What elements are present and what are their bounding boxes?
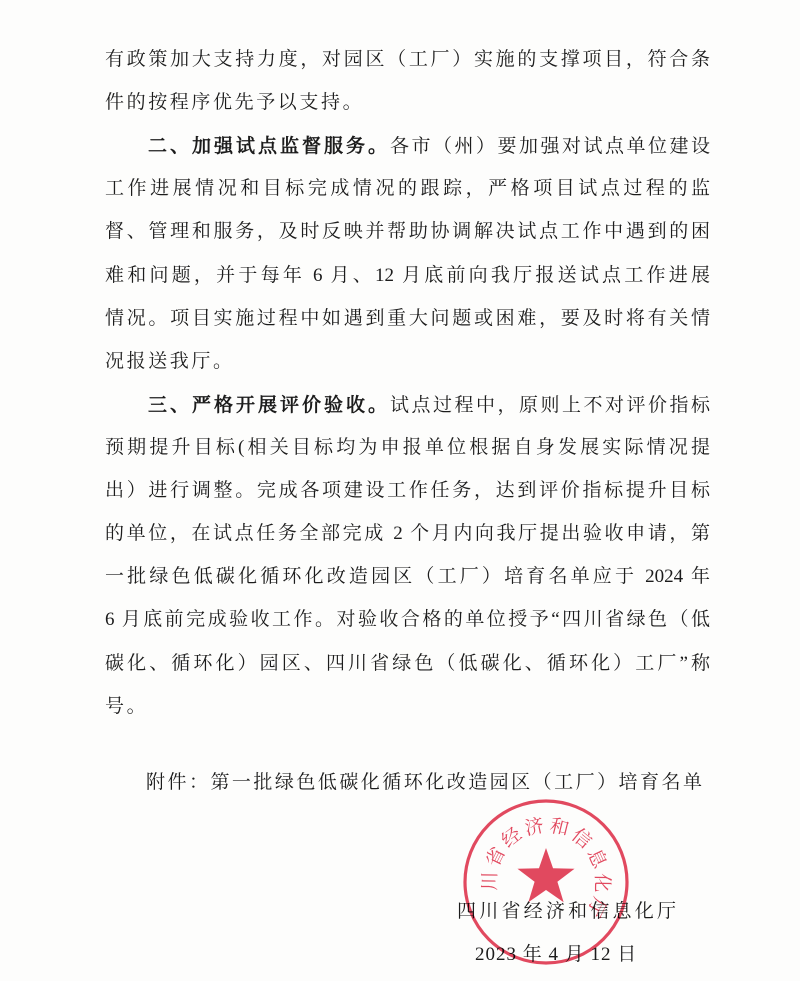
line-text: 6 月底前完成验收工作。对验收合格的单位授予“四川省绿色（低 [105,609,710,630]
section-2-line: 二、加强试点监督服务。各市（州）要加强对试点单位建设 [148,134,710,158]
body-line: 督、管理和服务，及时反映并帮助协调解决试点工作中遇到的困 [105,220,710,244]
line-text: 号。 [105,696,148,717]
body-line: 件的按程序优先予以支持。 [105,91,710,115]
body-line: 6 月底前完成验收工作。对验收合格的单位授予“四川省绿色（低 [105,608,710,632]
line-text: 工作进展情况和目标完成情况的跟踪，严格项目试点过程的监 [105,178,710,199]
body-line: 有政策加大支持力度，对园区（工厂）实施的支撑项目，符合条 [105,48,710,72]
body-line: 出）进行调整。完成各项建设工作任务，达到评价指标提升目标 [105,479,710,503]
body-line: 况报送我厅。 [105,350,710,374]
line-text: 督、管理和服务，及时反映并帮助协调解决试点工作中遇到的困 [105,221,710,242]
section-heading: 三、严格开展评价验收。 [148,394,390,416]
body-line: 情况。项目实施过程中如遇到重大问题或困难，要及时将有关情 [105,307,710,331]
official-seal: 川省经济和信息化厅 [455,790,635,970]
line-text: 碳化、循环化）园区、四川省绿色（低碳化、循环化）工厂”称 [105,653,710,674]
body-line: 碳化、循环化）园区、四川省绿色（低碳化、循环化）工厂”称 [105,652,710,676]
section-3-line: 三、严格开展评价验收。试点过程中，原则上不对评价指标 [148,393,710,417]
body-line: 预期提升目标(相关目标均为申报单位根据自身发展实际情况提 [105,436,710,460]
line-text: 试点过程中，原则上不对评价指标 [390,395,710,416]
line-text: 有政策加大支持力度，对园区（工厂）实施的支撑项目，符合条 [105,49,710,70]
body-line: 难和问题，并于每年 6 月、12 月底前向我厅报送试点工作进展 [105,264,710,288]
line-text: 出）进行调整。完成各项建设工作任务，达到评价指标提升目标 [105,480,710,501]
line-text: 难和问题，并于每年 6 月、12 月底前向我厅报送试点工作进展 [105,265,710,286]
body-line: 工作进展情况和目标完成情况的跟踪，严格项目试点过程的监 [105,177,710,201]
body-line: 一批绿色低碳化循环化改造园区（工厂）培育名单应于 2024 年 [105,565,710,589]
body-line: 号。 [105,695,710,719]
line-text: 一批绿色低碳化循环化改造园区（工厂）培育名单应于 2024 年 [105,566,710,587]
line-text: 件的按程序优先予以支持。 [105,92,364,113]
body-line: 的单位，在试点任务全部完成 2 个月内向我厅提出验收申请，第 [105,522,710,546]
star-icon [517,848,574,902]
line-text: 各市（州）要加强对试点单位建设 [390,136,710,157]
document-page: 有政策加大支持力度，对园区（工厂）实施的支撑项目，符合条 件的按程序优先予以支持… [0,0,800,981]
line-text: 况报送我厅。 [105,351,235,372]
line-text: 的单位，在试点任务全部完成 2 个月内向我厅提出验收申请，第 [105,523,710,544]
line-text: 情况。项目实施过程中如遇到重大问题或困难，要及时将有关情 [105,308,710,329]
line-text: 预期提升目标(相关目标均为申报单位根据自身发展实际情况提 [105,437,710,458]
section-heading: 二、加强试点监督服务。 [148,135,390,157]
